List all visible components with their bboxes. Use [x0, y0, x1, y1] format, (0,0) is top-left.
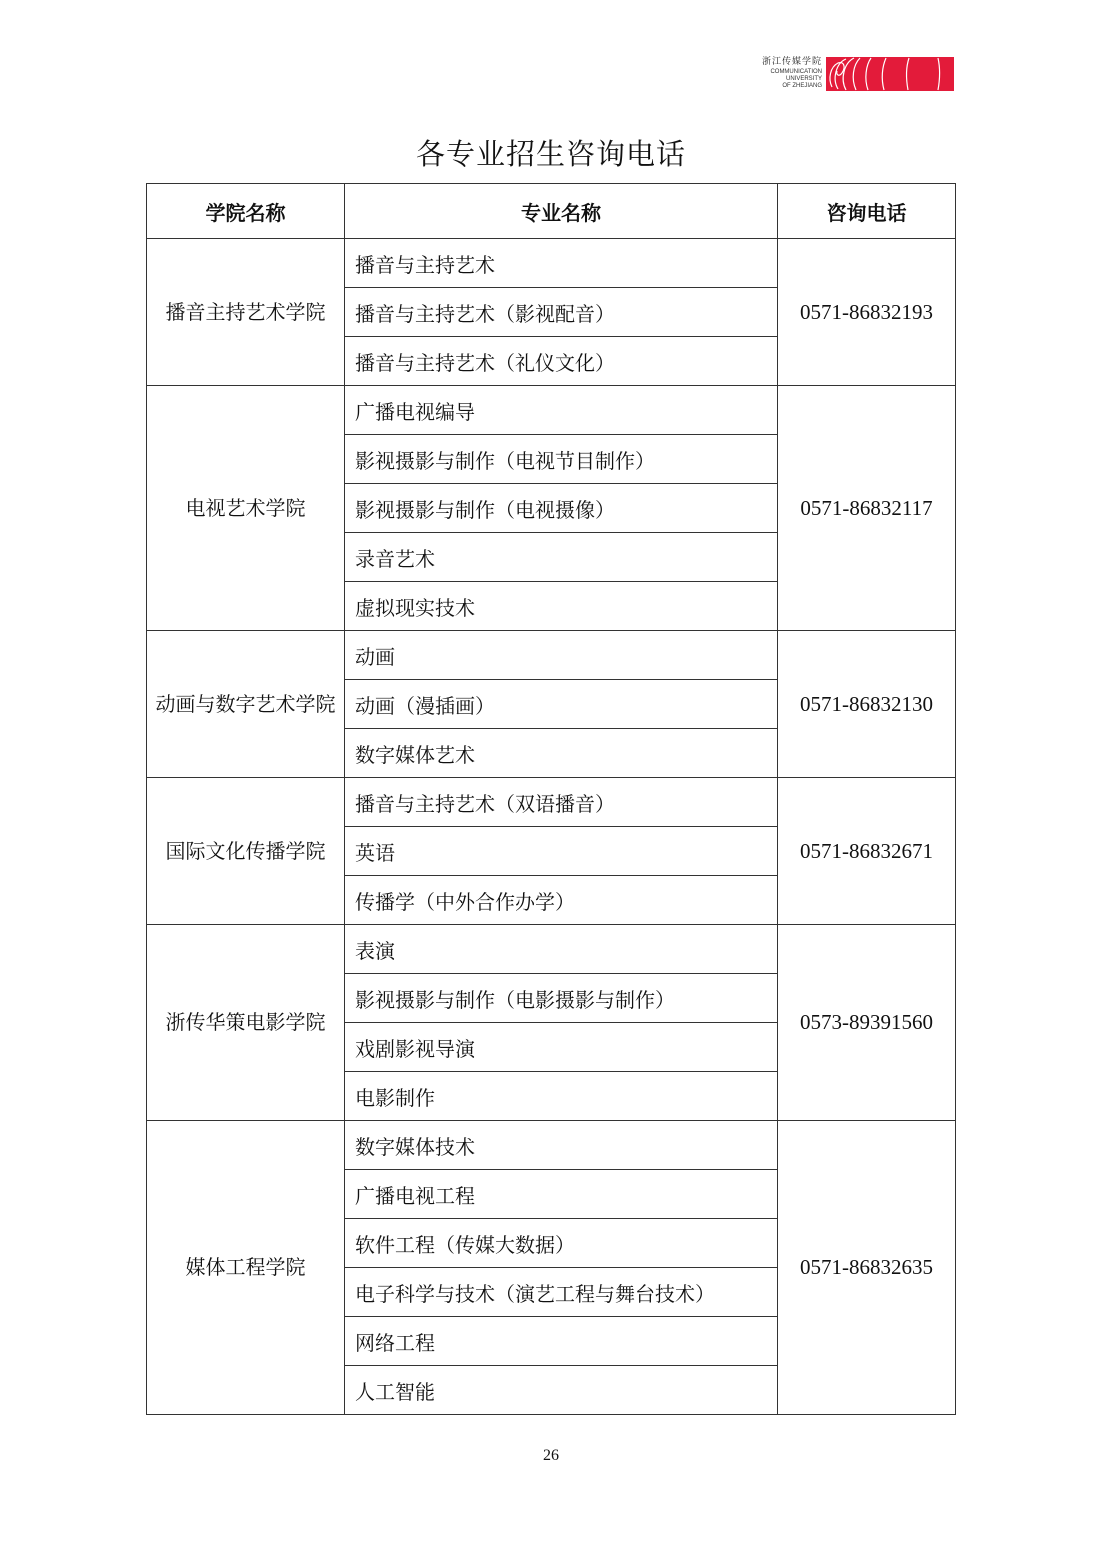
- major-name: 播音与主持艺术（影视配音）: [345, 288, 778, 337]
- phone-number: 0571-86832117: [778, 386, 956, 631]
- college-name: 电视艺术学院: [147, 386, 345, 631]
- major-name: 播音与主持艺术: [345, 239, 778, 288]
- logo-name-en-2: UNIVERSITY: [786, 76, 822, 83]
- logo-mark-icon: [826, 57, 954, 91]
- university-logo: 浙江传媒学院 COMMUNICATION UNIVERSITY OF ZHEJI…: [756, 56, 954, 92]
- table-header-row: 学院名称 专业名称 咨询电话: [147, 184, 956, 239]
- major-name: 广播电视编导: [345, 386, 778, 435]
- column-header-major: 专业名称: [345, 184, 778, 239]
- major-name: 数字媒体技术: [345, 1121, 778, 1170]
- logo-name-cn: 浙江传媒学院: [762, 58, 822, 67]
- phone-number: 0571-86832671: [778, 778, 956, 925]
- table-row: 电视艺术学院 广播电视编导 0571-86832117: [147, 386, 956, 435]
- column-header-phone: 咨询电话: [778, 184, 956, 239]
- major-name: 英语: [345, 827, 778, 876]
- major-name: 传播学（中外合作办学）: [345, 876, 778, 925]
- college-name: 媒体工程学院: [147, 1121, 345, 1415]
- college-name: 动画与数字艺术学院: [147, 631, 345, 778]
- page-number: 26: [0, 1447, 1102, 1465]
- phone-number: 0571-86832193: [778, 239, 956, 386]
- table-row: 播音主持艺术学院 播音与主持艺术 0571-86832193: [147, 239, 956, 288]
- table-row: 浙传华策电影学院 表演 0573-89391560: [147, 925, 956, 974]
- major-name: 电子科学与技术（演艺工程与舞台技术）: [345, 1268, 778, 1317]
- admissions-phone-table: 学院名称 专业名称 咨询电话 播音主持艺术学院 播音与主持艺术 0571-868…: [146, 183, 956, 1415]
- major-name: 人工智能: [345, 1366, 778, 1415]
- major-name: 软件工程（传媒大数据）: [345, 1219, 778, 1268]
- column-header-college: 学院名称: [147, 184, 345, 239]
- major-name: 表演: [345, 925, 778, 974]
- major-name: 播音与主持艺术（双语播音）: [345, 778, 778, 827]
- college-name: 浙传华策电影学院: [147, 925, 345, 1121]
- table-row: 媒体工程学院 数字媒体技术 0571-86832635: [147, 1121, 956, 1170]
- major-name: 影视摄影与制作（电影摄影与制作）: [345, 974, 778, 1023]
- major-name: 虚拟现实技术: [345, 582, 778, 631]
- table-row: 国际文化传播学院 播音与主持艺术（双语播音） 0571-86832671: [147, 778, 956, 827]
- major-name: 录音艺术: [345, 533, 778, 582]
- page-title: 各专业招生咨询电话: [0, 132, 1102, 173]
- college-name: 播音主持艺术学院: [147, 239, 345, 386]
- major-name: 动画: [345, 631, 778, 680]
- major-name: 影视摄影与制作（电视摄像）: [345, 484, 778, 533]
- major-name: 戏剧影视导演: [345, 1023, 778, 1072]
- phone-number: 0571-86832130: [778, 631, 956, 778]
- major-name: 影视摄影与制作（电视节目制作）: [345, 435, 778, 484]
- college-name: 国际文化传播学院: [147, 778, 345, 925]
- logo-name-en-1: COMMUNICATION: [770, 69, 822, 76]
- phone-number: 0571-86832635: [778, 1121, 956, 1415]
- major-name: 数字媒体艺术: [345, 729, 778, 778]
- logo-name-en-3: OF ZHEJIANG: [782, 83, 822, 90]
- major-name: 广播电视工程: [345, 1170, 778, 1219]
- table-row: 动画与数字艺术学院 动画 0571-86832130: [147, 631, 956, 680]
- major-name: 动画（漫插画）: [345, 680, 778, 729]
- logo-text: 浙江传媒学院 COMMUNICATION UNIVERSITY OF ZHEJI…: [756, 58, 822, 90]
- phone-number: 0573-89391560: [778, 925, 956, 1121]
- major-name: 电影制作: [345, 1072, 778, 1121]
- major-name: 播音与主持艺术（礼仪文化）: [345, 337, 778, 386]
- major-name: 网络工程: [345, 1317, 778, 1366]
